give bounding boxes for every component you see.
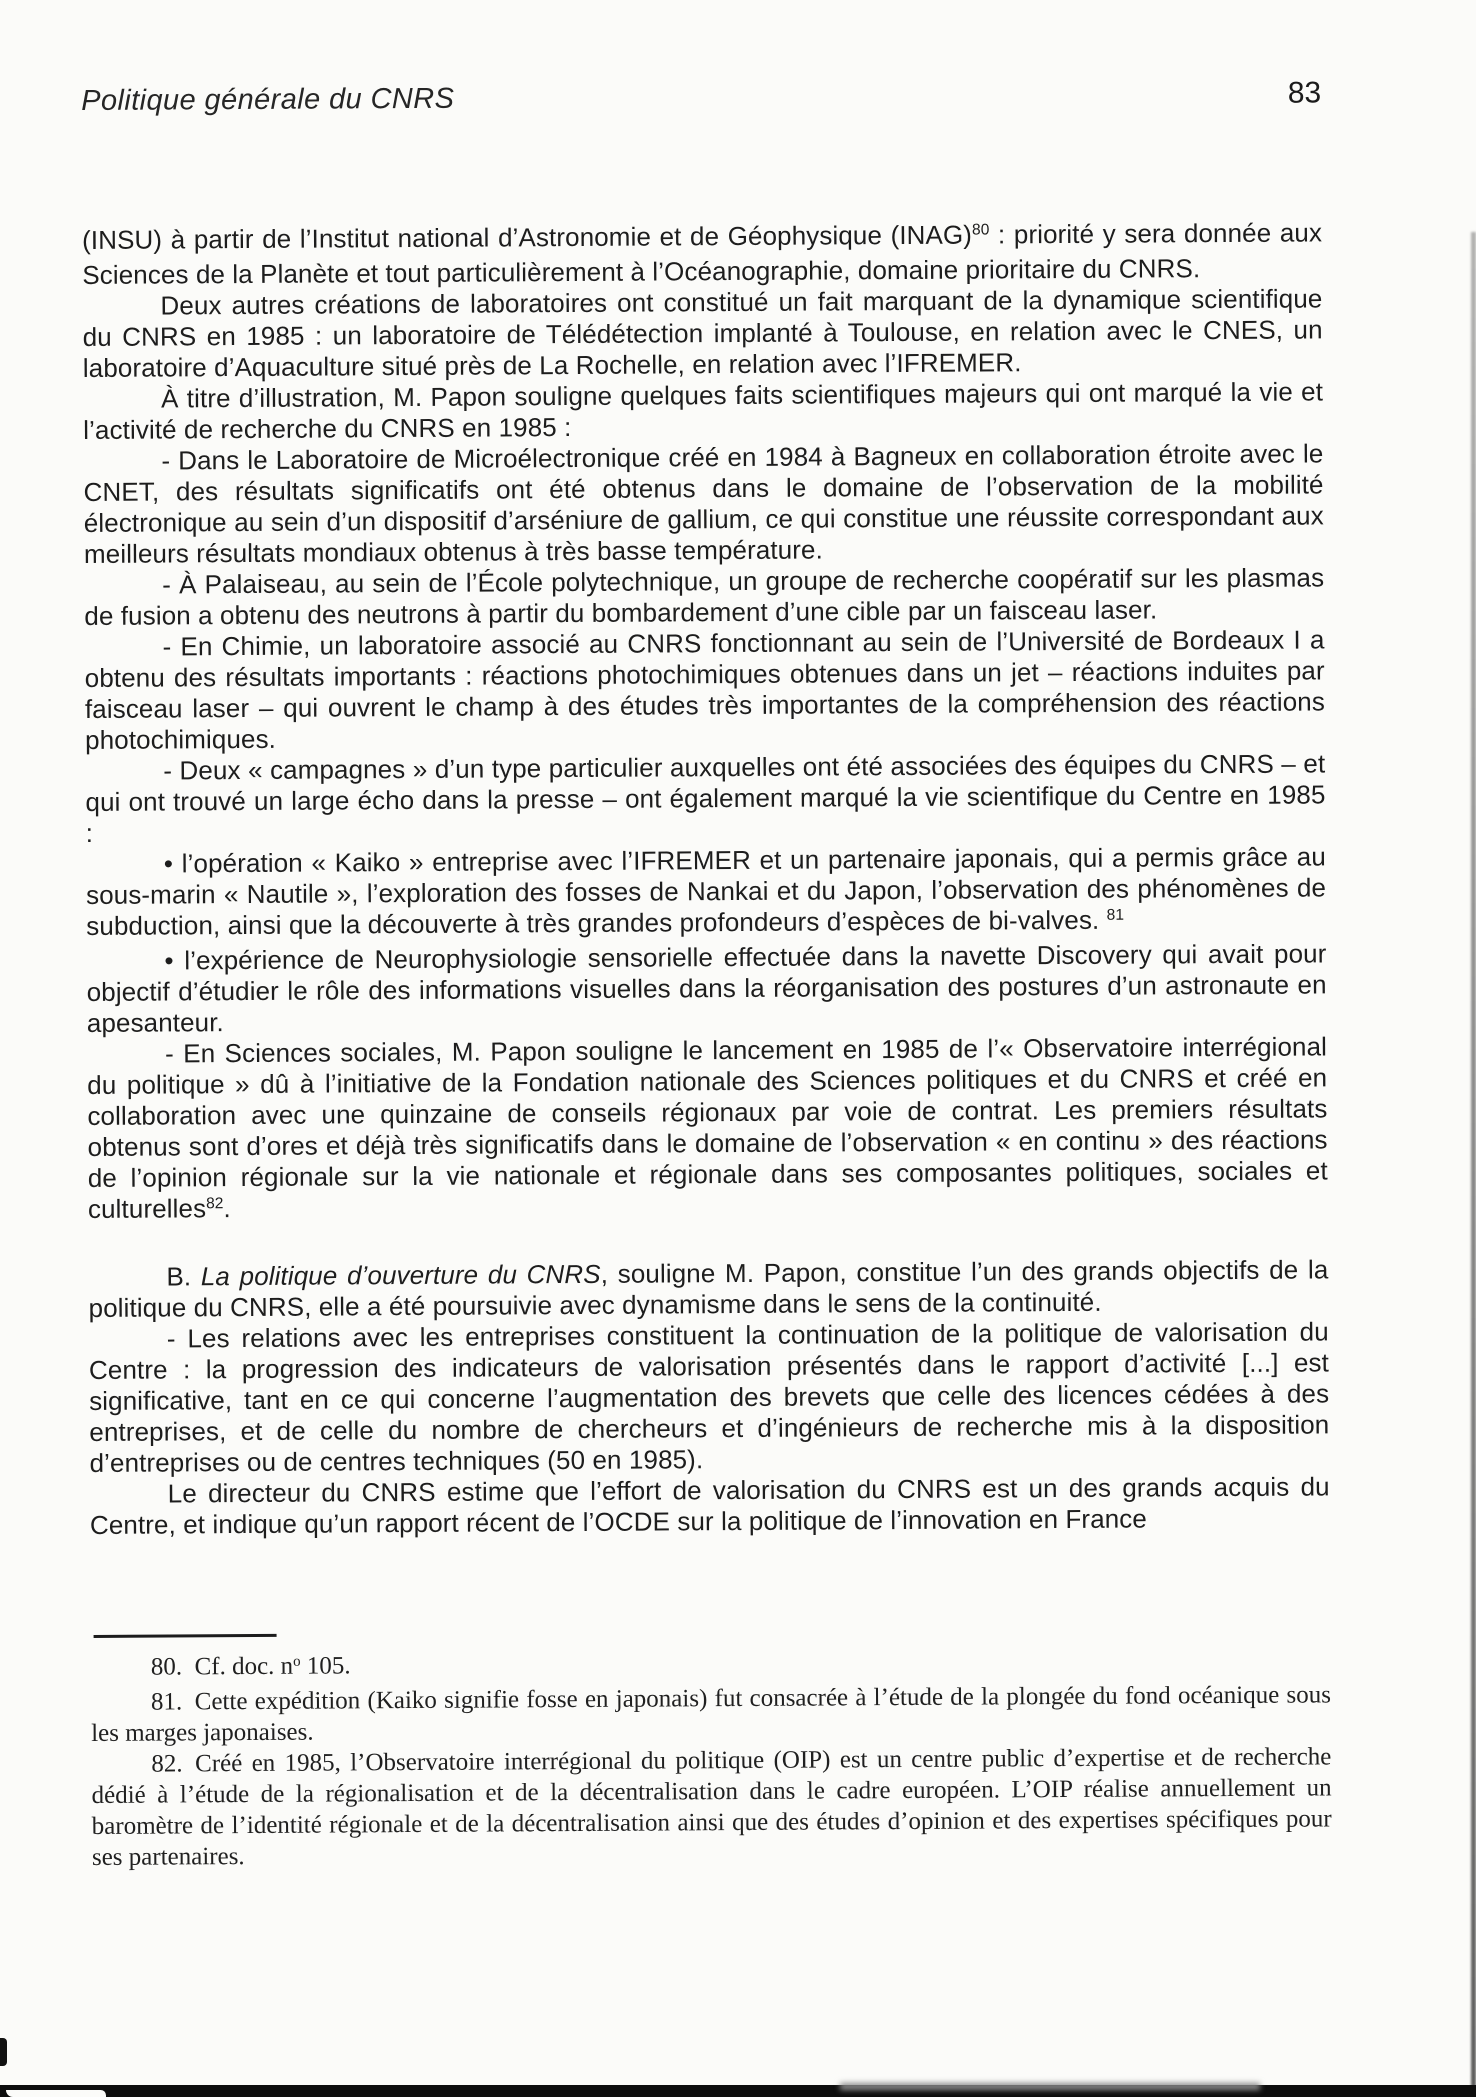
scan-bottom-bar xyxy=(0,2085,1476,2097)
body-paragraph: (INSU) à partir de l’Institut national d… xyxy=(82,217,1322,291)
text-segment: 81. Cette expédition (Kaiko signifie fos… xyxy=(91,1681,1331,1747)
body-paragraph: Le directeur du CNRS estime que l’effort… xyxy=(90,1471,1330,1541)
text-segment: - Dans le Laboratoire de Microélectroniq… xyxy=(83,438,1323,569)
page-number: 83 xyxy=(1288,76,1322,110)
text-segment: 80 xyxy=(972,222,989,239)
text-segment: - En Sciences sociales, M. Papon soulign… xyxy=(87,1031,1328,1224)
page-header-title: Politique générale du CNRS xyxy=(81,83,454,118)
text-segment: • l’opération « Kaiko » entreprise avec … xyxy=(86,841,1326,941)
text-segment: o xyxy=(293,1653,301,1669)
body-paragraph: - En Sciences sociales, M. Papon soulign… xyxy=(87,1031,1328,1229)
document-page: Politique générale du CNRS 83 (INSU) à p… xyxy=(0,0,1476,2097)
body-paragraph: • l’expérience de Neurophysiologie senso… xyxy=(86,938,1327,1039)
body-paragraph: B. La politique d’ouverture du CNRS, sou… xyxy=(88,1254,1328,1324)
text-segment: . xyxy=(223,1193,231,1223)
scan-left-edge-mark xyxy=(0,2038,7,2066)
body-paragraph: • l’opération « Kaiko » entreprise avec … xyxy=(86,841,1327,946)
body-paragraph: - Les relations avec les entreprises con… xyxy=(89,1316,1330,1479)
text-segment: La politique d’ouverture du CNRS xyxy=(201,1259,601,1291)
text-segment: 80. Cf. doc. n xyxy=(151,1653,294,1681)
body-paragraph: - Deux « campagnes » d’un type particuli… xyxy=(85,748,1326,849)
body-paragraph: - Dans le Laboratoire de Microélectroniq… xyxy=(83,438,1324,570)
text-segment: À titre d’illustration, M. Papon soulign… xyxy=(83,376,1323,445)
text-segment: Deux autres créations de laboratoires on… xyxy=(83,283,1323,383)
text-segment: • l’expérience de Neurophysiologie senso… xyxy=(87,938,1327,1038)
body-paragraph: À titre d’illustration, M. Papon soulign… xyxy=(83,376,1323,446)
footnote: 81. Cette expédition (Kaiko signifie fos… xyxy=(91,1679,1331,1749)
scanned-content: Politique générale du CNRS 83 (INSU) à p… xyxy=(0,0,1476,2097)
body-paragraph: Deux autres créations de laboratoires on… xyxy=(82,283,1323,384)
body-paragraph: - En Chimie, un laboratoire associé au C… xyxy=(84,624,1325,756)
text-segment: - Deux « campagnes » d’un type particuli… xyxy=(85,748,1325,848)
footnotes: 80. Cf. doc. no 105.81. Cette expédition… xyxy=(91,1644,1332,1873)
body-paragraph: - À Palaiseau, au sein de l’École polyte… xyxy=(84,562,1324,632)
running-header: Politique générale du CNRS 83 xyxy=(81,76,1321,118)
text-segment: - À Palaiseau, au sein de l’École polyte… xyxy=(84,562,1324,631)
text-segment: - Les relations avec les entreprises con… xyxy=(89,1316,1330,1478)
text-segment: 82. Créé en 1985, l’Observatoire interré… xyxy=(91,1743,1331,1871)
text-segment: 82 xyxy=(206,1196,223,1213)
text-segment: B. xyxy=(166,1261,201,1291)
scan-right-edge-shadow xyxy=(1471,232,1476,2087)
footnote-separator xyxy=(94,1634,277,1638)
text-segment: - En Chimie, un laboratoire associé au C… xyxy=(85,624,1325,755)
footnote: 82. Créé en 1985, l’Observatoire interré… xyxy=(91,1741,1332,1873)
text-segment: Le directeur du CNRS estime que l’effort… xyxy=(90,1471,1330,1540)
body-text: (INSU) à partir de l’Institut national d… xyxy=(82,217,1330,1541)
text-segment: 81 xyxy=(1107,907,1124,924)
text-segment: (INSU) à partir de l’Institut national d… xyxy=(82,220,972,255)
text-segment: 105. xyxy=(301,1652,351,1679)
scan-corner-notch xyxy=(6,2090,106,2097)
